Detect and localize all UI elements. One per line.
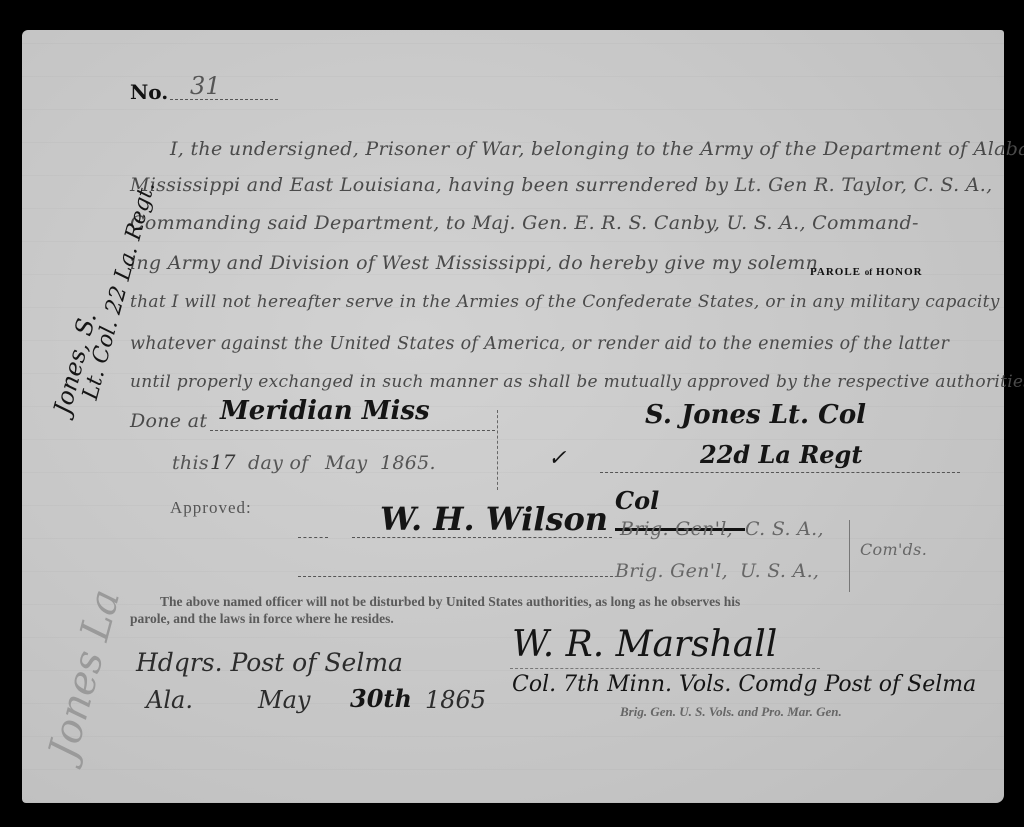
divider-line — [497, 410, 498, 490]
approved-label: Approved: — [170, 498, 252, 518]
form-number-value: 31 — [190, 72, 221, 100]
done-at-underline — [210, 430, 495, 431]
prisoner-signature-unit: 22d La Regt — [700, 440, 862, 469]
usa-designation: U. S. A., — [740, 560, 819, 582]
approver-rank-handwritten: Col — [615, 486, 659, 515]
body-line-7: until properly exchanged in such manner … — [130, 372, 1024, 392]
body-line-4: ing Army and Division of West Mississipp… — [130, 252, 818, 274]
parole-of-honor-heading: PAROLE of HONOR — [810, 266, 923, 278]
notice-text-line-2: parole, and the laws in force where he r… — [130, 611, 394, 627]
honor-word: HONOR — [876, 266, 923, 278]
marshall-printed-title: Brig. Gen. U. S. Vols. and Pro. Mar. Gen… — [620, 704, 842, 720]
body-line-6: whatever against the United States of Am… — [130, 334, 949, 354]
csa-rank-struck: Brig. Gen'l, — [620, 518, 733, 540]
body-line-1: I, the undersigned, Prisoner of War, bel… — [170, 138, 960, 160]
body-line-2: Mississippi and East Louisiana, having b… — [130, 174, 992, 196]
body-line-5: that I will not hereafter serve in the A… — [130, 292, 1000, 312]
csa-designation: C. S. A., — [745, 518, 824, 540]
date-this-label: this — [172, 452, 209, 474]
notice-text-line-1: The above named officer will not be dist… — [160, 594, 740, 610]
usa-rank: Brig. Gen'l, — [615, 560, 728, 582]
commanders-label: Com'ds. — [860, 540, 927, 559]
endorsement-month: May — [258, 686, 310, 714]
of-word: of — [865, 267, 873, 277]
endorsement-day: 30th — [350, 684, 412, 713]
form-number-underline — [170, 99, 278, 100]
endorsement-year: 1865 — [425, 686, 486, 714]
approved-underline-short — [298, 537, 328, 538]
endorsement-place: Ala. — [146, 686, 193, 714]
date-day-value: 17 — [210, 450, 235, 474]
form-number-label: No. — [130, 80, 168, 104]
marshall-signature-underline — [510, 668, 820, 669]
checkmark-icon: ✓ — [548, 446, 566, 471]
marshall-handwritten-title: Col. 7th Minn. Vols. Comdg Post of Selma — [512, 672, 976, 697]
approver-signature: W. H. Wilson — [380, 500, 608, 538]
prisoner-signature-underline — [600, 472, 960, 473]
marshall-signature: W. R. Marshall — [512, 624, 777, 665]
done-at-label: Done at — [130, 410, 207, 432]
date-month: May — [325, 452, 367, 474]
endorsement-hdqrs: Hdqrs. Post of Selma — [136, 648, 403, 677]
approved-underline-2 — [298, 576, 618, 577]
body-line-3: Commanding said Department, to Maj. Gen.… — [130, 212, 919, 234]
prisoner-signature-name: S. Jones Lt. Col — [645, 400, 866, 430]
date-day-of-label: day of — [248, 452, 309, 474]
done-at-place: Meridian Miss — [220, 396, 430, 426]
bracket-line — [849, 520, 850, 592]
parole-word: PAROLE — [810, 266, 861, 278]
date-year: 1865. — [380, 452, 436, 474]
